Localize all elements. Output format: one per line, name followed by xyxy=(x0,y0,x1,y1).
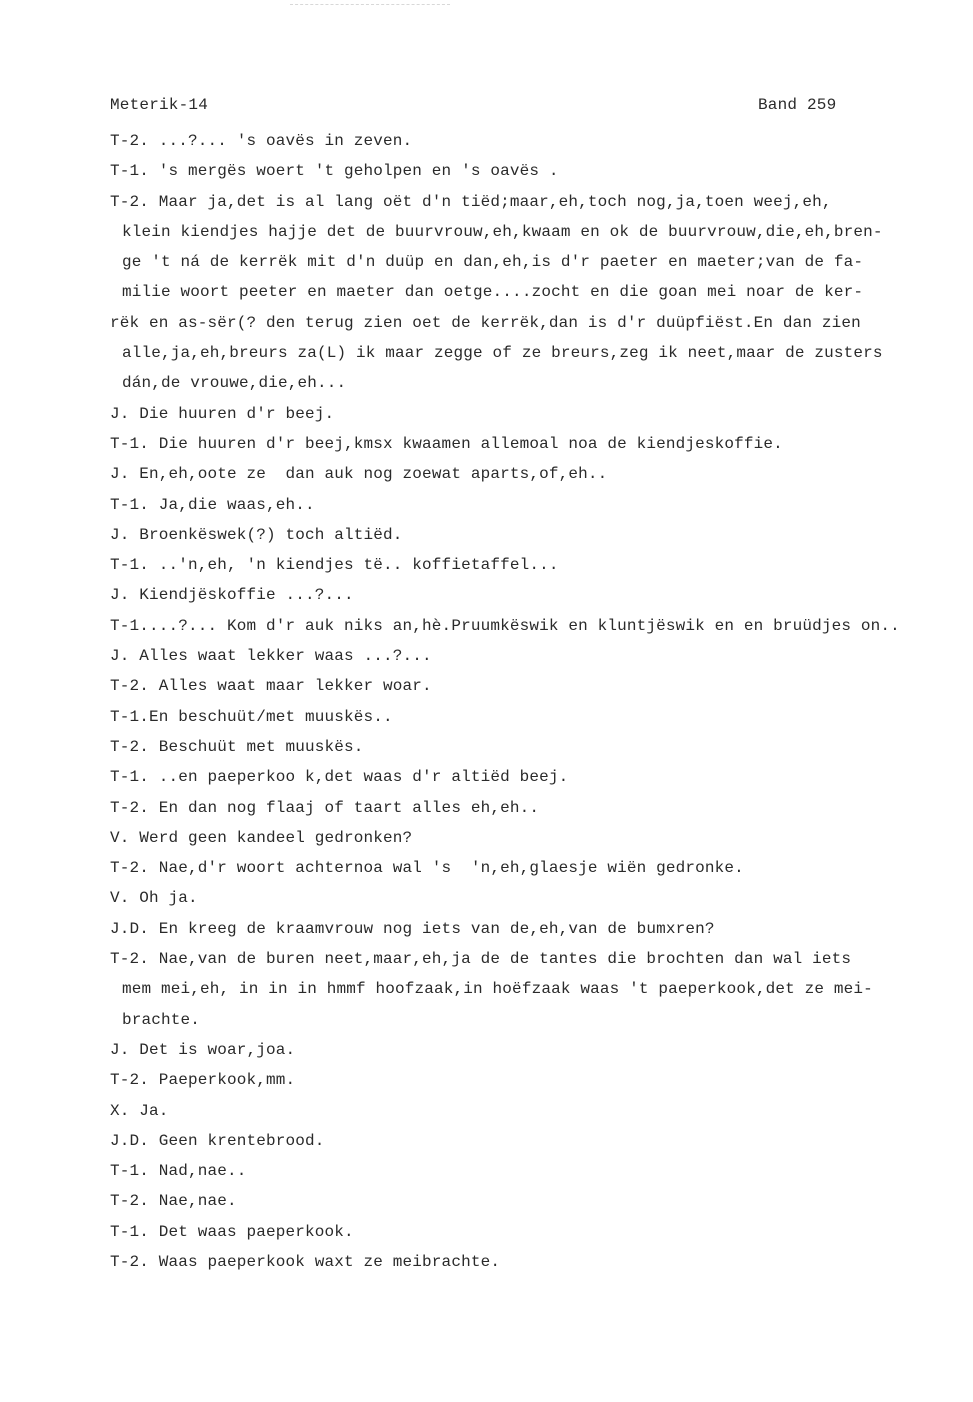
utterance-text: mem mei,eh, in in in hmmf hoofzaak,in ho… xyxy=(122,980,873,998)
transcript-line: T-2. Nae,van de buren neet,maar,eh,ja de… xyxy=(110,944,960,974)
speaker-label: T-2. xyxy=(110,1192,149,1210)
speaker-label: T-2. xyxy=(110,799,149,817)
speaker-label: T-2. xyxy=(110,1071,149,1089)
utterance-text: dán,de vrouwe,die,eh... xyxy=(122,374,346,392)
transcript-line: T-1. Die huuren d'r beej,kmsx kwaamen al… xyxy=(110,429,960,459)
transcript-line: V. Oh ja. xyxy=(110,883,960,913)
transcript-line: J. En,eh,oote ze dan auk nog zoewat apar… xyxy=(110,459,960,489)
transcript-continuation-line: alle,ja,eh,breurs za(L) ik maar zegge of… xyxy=(110,338,960,368)
utterance-text: En,eh,oote ze dan auk nog zoewat aparts,… xyxy=(130,465,608,483)
transcript-line: T-1. Det waas paeperkook. xyxy=(110,1217,960,1247)
utterance-text: Beschuüt met muuskës. xyxy=(149,738,364,756)
transcript-line: J. Broenkëswek(?) toch altiëd. xyxy=(110,520,960,550)
utterance-text: Alles waat maar lekker woar. xyxy=(149,677,432,695)
transcript-line: T-2. Maar ja,det is al lang oët d'n tiëd… xyxy=(110,187,960,217)
transcript-line: J. Kiendjëskoffie ...?... xyxy=(110,580,960,610)
utterance-text: alle,ja,eh,breurs za(L) ik maar zegge of… xyxy=(122,344,883,362)
page-header: Meterik-14 Band 259 xyxy=(110,96,960,126)
transcript-line: T-1. Nad,nae.. xyxy=(110,1156,960,1186)
speaker-label: T-1. xyxy=(110,496,149,514)
transcript-line: J.D. En kreeg de kraamvrouw nog iets van… xyxy=(110,914,960,944)
utterance-text: brachte. xyxy=(122,1011,200,1029)
speaker-label: T-2. xyxy=(110,859,149,877)
utterance-text: Kiendjëskoffie ...?... xyxy=(130,586,354,604)
utterance-text: En kreeg de kraamvrouw nog iets van de,e… xyxy=(149,920,715,938)
transcript-line: T-2. Waas paeperkook waxt ze meibrachte. xyxy=(110,1247,960,1277)
speaker-label: J. xyxy=(110,586,130,604)
speaker-label: T-1. xyxy=(110,708,149,726)
utterance-text: Die huuren d'r beej,kmsx kwaamen allemoa… xyxy=(149,435,783,453)
speaker-label: J. xyxy=(110,465,130,483)
transcript-continuation-line: brachte. xyxy=(110,1005,960,1035)
transcript-line: T-2. Paeperkook,mm. xyxy=(110,1065,960,1095)
utterance-text: Ja. xyxy=(130,1102,169,1120)
transcript-continuation-line: dán,de vrouwe,die,eh... xyxy=(110,368,960,398)
speaker-label: T-2. xyxy=(110,677,149,695)
speaker-label: T-1. xyxy=(110,162,149,180)
transcript-line: J. Die huuren d'r beej. xyxy=(110,399,960,429)
utterance-text: ge 't ná de kerrëk mit d'n duüp en dan,e… xyxy=(122,253,863,271)
transcript-line: T-1. 's mergës woert 't geholpen en 's o… xyxy=(110,156,960,186)
speaker-label: T-2. xyxy=(110,193,149,211)
transcript-continuation-line: rëk en as-sër(? den terug zien oet de ke… xyxy=(110,308,960,338)
utterance-text: Werd geen kandeel gedronken? xyxy=(130,829,413,847)
transcript-page: Meterik-14 Band 259 T-2. ...?... 's oavë… xyxy=(110,96,960,1277)
band-number: Band 259 xyxy=(758,96,836,114)
transcript-line: T-1. ..en paeperkoo k,det waas d'r altië… xyxy=(110,762,960,792)
speaker-label: T-1. xyxy=(110,617,149,635)
utterance-text: Maar ja,det is al lang oët d'n tiëd;maar… xyxy=(149,193,832,211)
utterance-text: Paeperkook,mm. xyxy=(149,1071,295,1089)
speaker-label: T-1. xyxy=(110,768,149,786)
transcript-line: V. Werd geen kandeel gedronken? xyxy=(110,823,960,853)
speaker-label: T-1. xyxy=(110,1223,149,1241)
utterance-text: Ja,die waas,eh.. xyxy=(149,496,315,514)
utterance-text: Nad,nae.. xyxy=(149,1162,247,1180)
utterance-text: En beschuüt/met muuskës.. xyxy=(149,708,393,726)
utterance-text: Broenkëswek(?) toch altiëd. xyxy=(130,526,403,544)
speaker-label: T-2. xyxy=(110,1253,149,1271)
transcript-line: T-2. Beschuüt met muuskës. xyxy=(110,732,960,762)
transcript-line: T-2. ...?... 's oavës in zeven. xyxy=(110,126,960,156)
transcript-line: T-1. ..'n,eh, 'n kiendjes të.. koffietaf… xyxy=(110,550,960,580)
speaker-label: J. xyxy=(110,526,130,544)
utterance-text: Oh ja. xyxy=(130,889,198,907)
utterance-text: ..en paeperkoo k,det waas d'r altiëd bee… xyxy=(149,768,568,786)
speaker-label: V. xyxy=(110,829,130,847)
scan-artifact xyxy=(290,4,450,7)
utterance-text: En dan nog flaaj of taart alles eh,eh.. xyxy=(149,799,539,817)
speaker-label: J. xyxy=(110,647,130,665)
utterance-text: rëk en as-sër(? den terug zien oet de ke… xyxy=(110,314,861,332)
transcript-continuation-line: klein kiendjes hajje det de buurvrouw,eh… xyxy=(110,217,960,247)
transcript-line: J. Det is woar,joa. xyxy=(110,1035,960,1065)
transcript-line: X. Ja. xyxy=(110,1096,960,1126)
utterance-text: Det waas paeperkook. xyxy=(149,1223,354,1241)
utterance-text: 's mergës woert 't geholpen en 's oavës … xyxy=(149,162,559,180)
speaker-label: T-1. xyxy=(110,435,149,453)
transcript-line: J.D. Geen krentebrood. xyxy=(110,1126,960,1156)
speaker-label: T-2. xyxy=(110,132,149,150)
utterance-text: Geen krentebrood. xyxy=(149,1132,325,1150)
utterance-text: Det is woar,joa. xyxy=(130,1041,296,1059)
transcript-line: T-2. En dan nog flaaj of taart alles eh,… xyxy=(110,793,960,823)
speaker-label: V. xyxy=(110,889,130,907)
utterance-text: milie woort peeter en maeter dan oetge..… xyxy=(122,283,863,301)
utterance-text: Waas paeperkook waxt ze meibrachte. xyxy=(149,1253,500,1271)
utterance-text: Die huuren d'r beej. xyxy=(130,405,335,423)
speaker-label: X. xyxy=(110,1102,130,1120)
speaker-label: T-1. xyxy=(110,556,149,574)
speaker-label: T-1. xyxy=(110,1162,149,1180)
document-id: Meterik-14 xyxy=(110,96,208,114)
speaker-label: J. xyxy=(110,1041,130,1059)
transcript-continuation-line: ge 't ná de kerrëk mit d'n duüp en dan,e… xyxy=(110,247,960,277)
transcript-line: J. Alles waat lekker waas ...?... xyxy=(110,641,960,671)
speaker-label: T-2. xyxy=(110,738,149,756)
speaker-label: J.D. xyxy=(110,920,149,938)
transcript-line: T-1.En beschuüt/met muuskës.. xyxy=(110,702,960,732)
speaker-label: T-2. xyxy=(110,950,149,968)
transcript-line: T-2. Nae,nae. xyxy=(110,1186,960,1216)
utterance-text: Alles waat lekker waas ...?... xyxy=(130,647,432,665)
transcript-body: T-2. ...?... 's oavës in zeven.T-1. 's m… xyxy=(110,126,960,1277)
utterance-text: ...?... Kom d'r auk niks an,hè.Pruumkësw… xyxy=(149,617,900,635)
transcript-continuation-line: mem mei,eh, in in in hmmf hoofzaak,in ho… xyxy=(110,974,960,1004)
utterance-text: Nae,van de buren neet,maar,eh,ja de de t… xyxy=(149,950,851,968)
speaker-label: J. xyxy=(110,405,130,423)
utterance-text: ...?... 's oavës in zeven. xyxy=(149,132,412,150)
transcript-line: T-2. Alles waat maar lekker woar. xyxy=(110,671,960,701)
utterance-text: Nae,nae. xyxy=(149,1192,237,1210)
utterance-text: Nae,d'r woort achternoa wal 's 'n,eh,gla… xyxy=(149,859,744,877)
utterance-text: ..'n,eh, 'n kiendjes të.. koffietaffel..… xyxy=(149,556,559,574)
transcript-continuation-line: milie woort peeter en maeter dan oetge..… xyxy=(110,277,960,307)
transcript-line: T-2. Nae,d'r woort achternoa wal 's 'n,e… xyxy=(110,853,960,883)
transcript-line: T-1. Ja,die waas,eh.. xyxy=(110,490,960,520)
transcript-line: T-1....?... Kom d'r auk niks an,hè.Pruum… xyxy=(110,611,960,641)
speaker-label: J.D. xyxy=(110,1132,149,1150)
utterance-text: klein kiendjes hajje det de buurvrouw,eh… xyxy=(122,223,883,241)
